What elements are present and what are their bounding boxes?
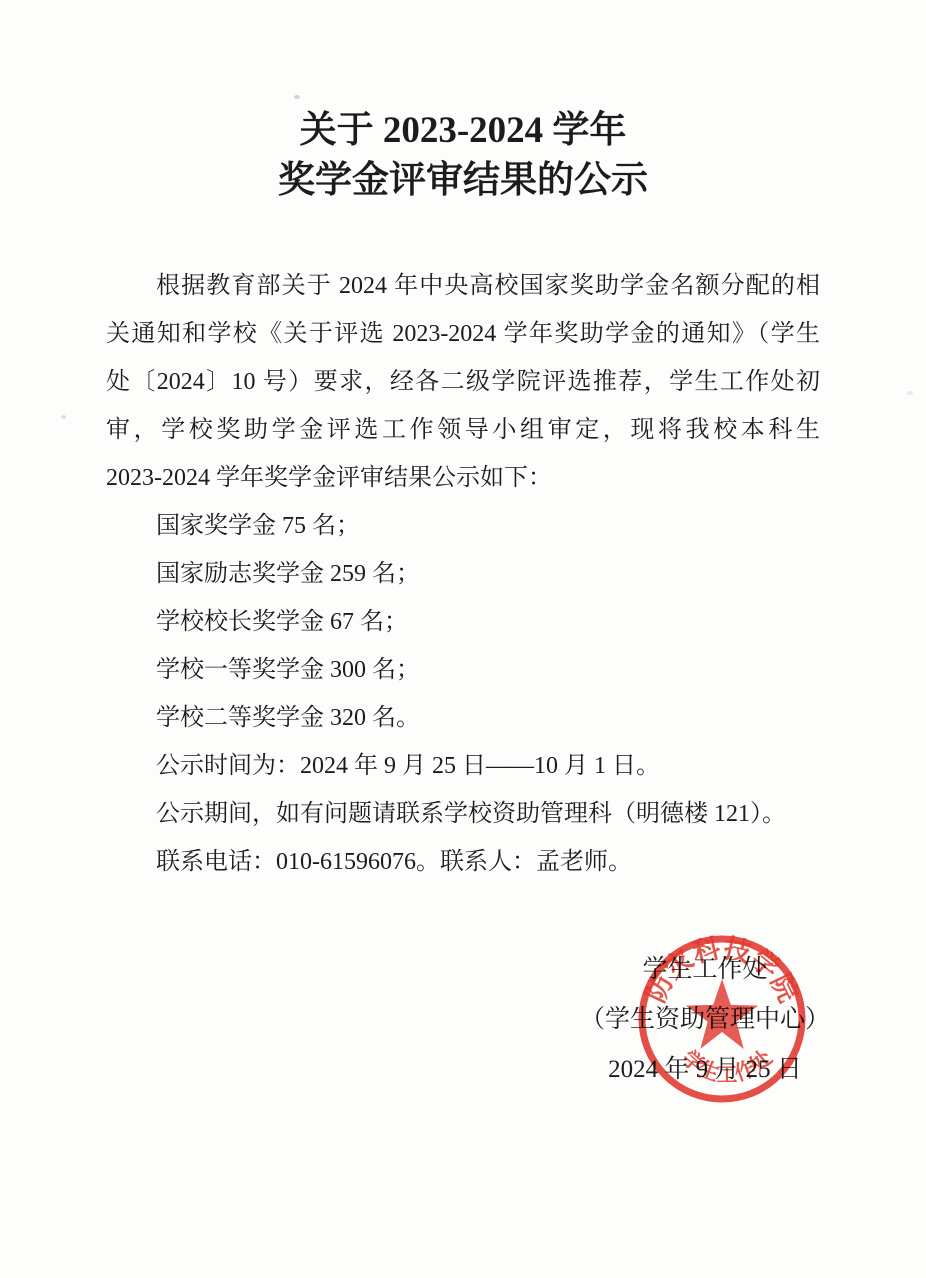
contact-phone-line: 联系电话：010-61596076。联系人：孟老师。: [106, 838, 820, 886]
document-title: 关于 2023-2024 学年 奖学金评审结果的公示: [0, 106, 926, 206]
seal-bottom-text: 学生工作处: [677, 1046, 776, 1087]
scholarship-item: 国家奖学金 75 名；: [106, 502, 820, 550]
body-line: 处〔2024〕10 号）要求，经各二级学院评选推荐，学生工作处初: [106, 358, 820, 406]
document-page: 关于 2023-2024 学年 奖学金评审结果的公示 根据教育部关于 2024 …: [0, 0, 926, 1278]
paper-speck: [907, 391, 913, 395]
seal-star-icon: [686, 979, 758, 1049]
scholarship-item: 学校校长奖学金 67 名；: [106, 598, 820, 646]
scholarship-item: 学校二等奖学金 320 名。: [106, 694, 820, 742]
official-seal: 防灾科技学院 学生工作处: [630, 927, 814, 1111]
body-line: 关通知和学校《关于评选 2023-2024 学年奖助学金的通知》（学生: [106, 310, 820, 358]
contact-office-line: 公示期间，如有问题请联系学校资助管理科（明德楼 121）。: [106, 790, 820, 838]
publicity-period-line: 公示时间为：2024 年 9 月 25 日——10 月 1 日。: [106, 742, 820, 790]
title-line-1: 关于 2023-2024 学年: [0, 106, 926, 156]
scholarship-item: 学校一等奖学金 300 名；: [106, 646, 820, 694]
body-line: 审，学校奖助学金评选工作领导小组审定，现将我校本科生: [106, 406, 820, 454]
title-line-2: 奖学金评审结果的公示: [0, 156, 926, 206]
paper-speck: [294, 95, 300, 99]
paper-speck: [61, 415, 66, 419]
body-line: 根据教育部关于 2024 年中央高校国家奖助学金名额分配的相: [106, 262, 820, 310]
body-line: 2023-2024 学年奖学金评审结果公示如下：: [106, 454, 820, 502]
scholarship-item: 国家励志奖学金 259 名；: [106, 550, 820, 598]
document-body: 根据教育部关于 2024 年中央高校国家奖助学金名额分配的相 关通知和学校《关于…: [106, 262, 820, 886]
